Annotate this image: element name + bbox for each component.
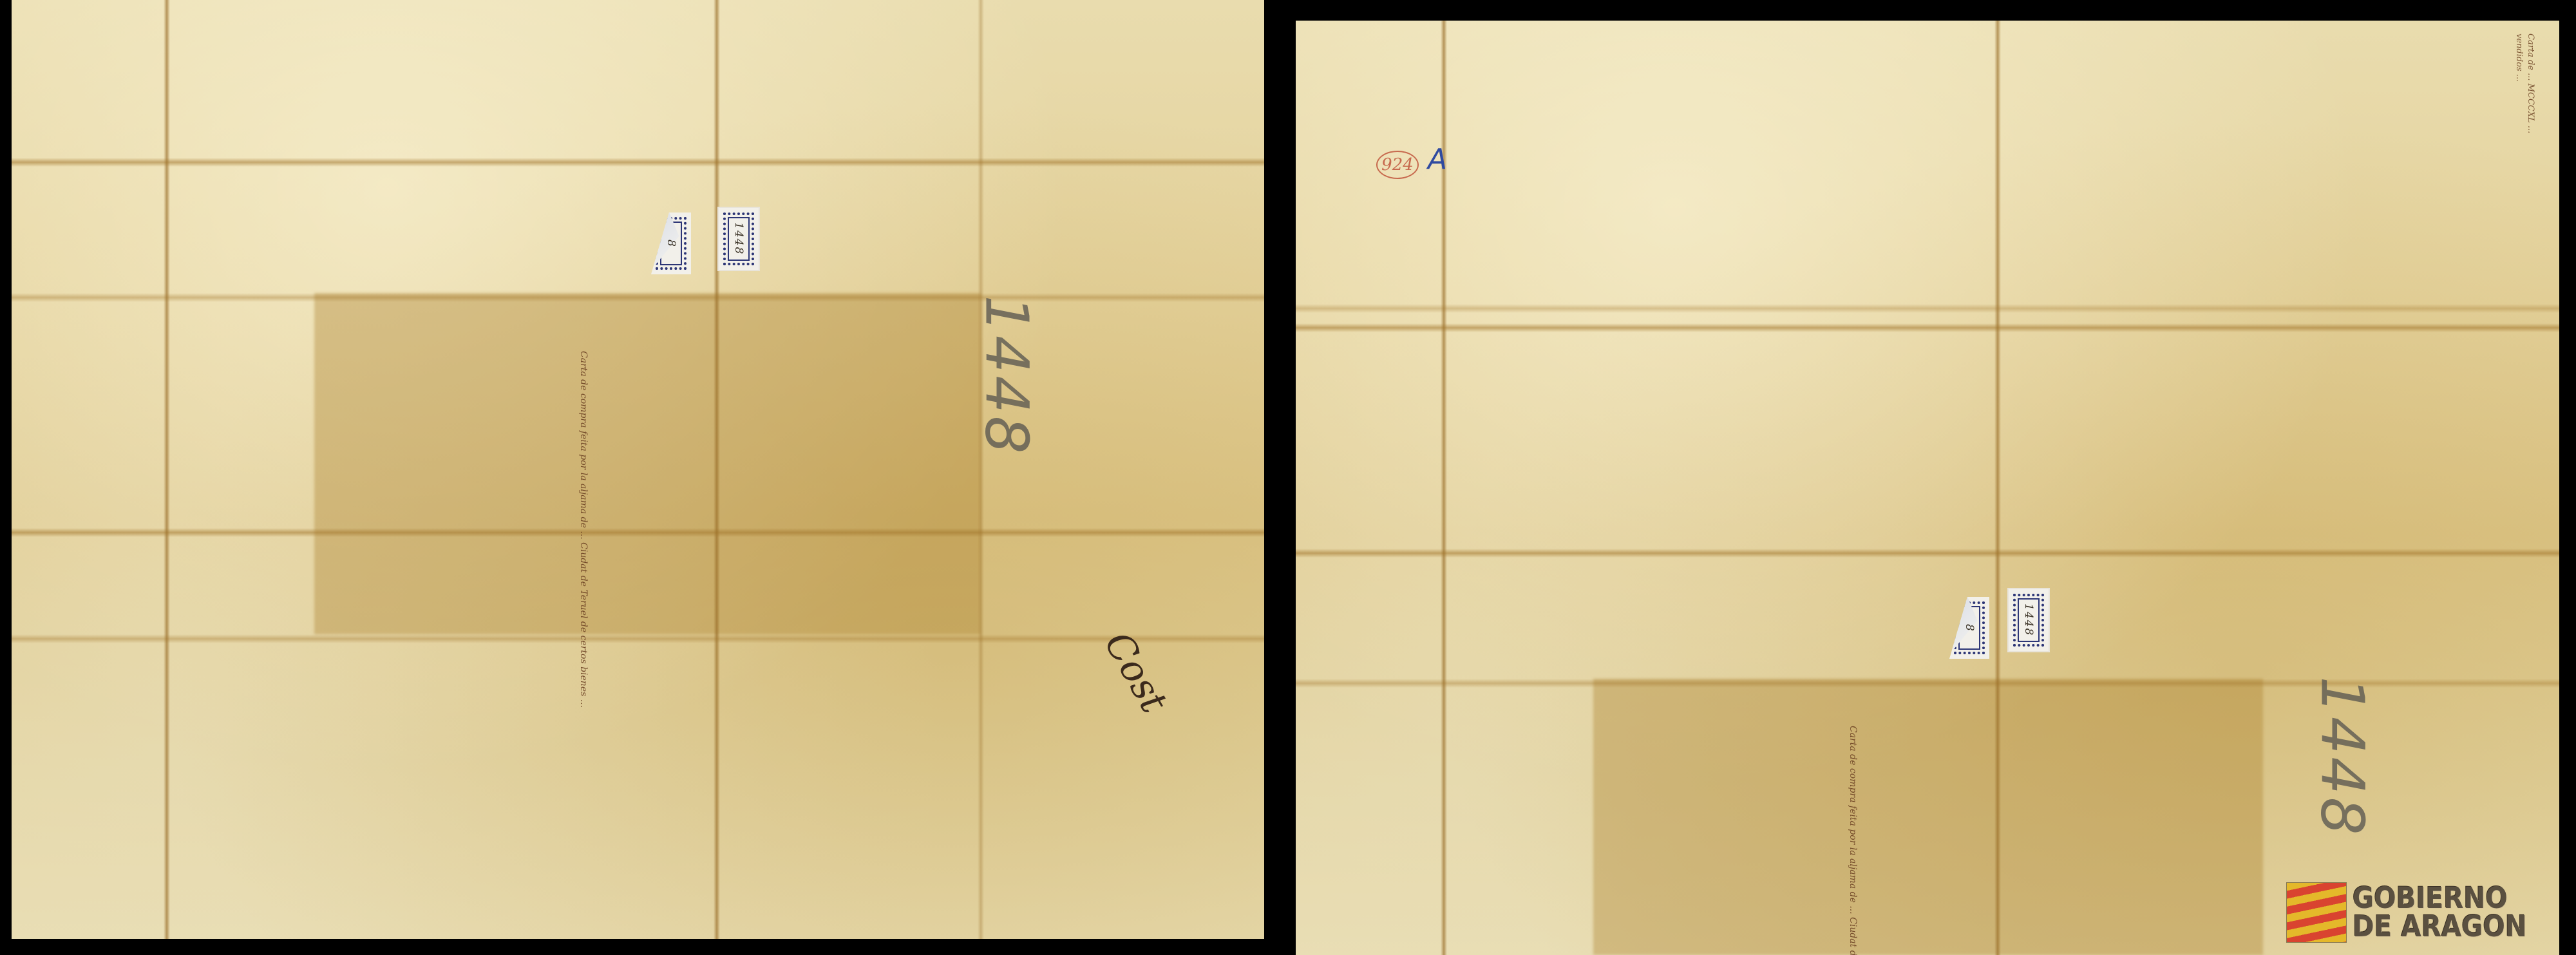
- blue-letter-mark: A: [1428, 143, 1447, 176]
- document-view-right: 924 A Carta de ... MCCCXL ... vendidos .…: [1296, 21, 2559, 955]
- vertical-fold: [714, 0, 720, 939]
- horizontal-fold: [1296, 323, 2559, 332]
- logo-text: GOBIERNO DE ARAGON: [2353, 884, 2527, 941]
- aragon-flag-icon: [2287, 883, 2346, 942]
- horizontal-fold: [1296, 549, 2559, 558]
- gobierno-de-aragon-logo: GOBIERNO DE ARAGON: [2287, 883, 2546, 942]
- horizontal-fold: [12, 634, 1264, 643]
- circled-archive-number: 924: [1376, 151, 1419, 179]
- vertical-fold: [1994, 21, 2001, 955]
- archive-label: 1448: [2009, 589, 2049, 651]
- horizontal-fold: [12, 158, 1264, 167]
- corner-annotation: Carta de ... MCCCXL ... vendidos ...: [2513, 33, 2536, 143]
- stained-fold-panel: [1593, 679, 2263, 955]
- archive-label: 1448: [719, 208, 759, 270]
- horizontal-fold: [12, 293, 1264, 302]
- document-view-left: 8 1448 1448 Carta de compra feita por la…: [12, 0, 1264, 939]
- horizontal-fold: [12, 528, 1264, 537]
- logo-line-1: GOBIERNO: [2353, 884, 2527, 912]
- logo-line-2: DE ARAGON: [2353, 912, 2527, 941]
- pencil-catalog-number: 1448: [972, 295, 1041, 456]
- stained-fold-panel: [314, 293, 981, 634]
- horizontal-fold: [1296, 304, 2559, 313]
- endorsement-text: Carta de compra feita por la aljama de .…: [577, 351, 590, 551]
- vertical-fold: [164, 0, 170, 939]
- endorsement-text: Carta de compra feita por la aljama de .…: [1846, 726, 1859, 938]
- vertical-fold: [978, 0, 984, 939]
- pencil-catalog-number: 1448: [2308, 676, 2377, 837]
